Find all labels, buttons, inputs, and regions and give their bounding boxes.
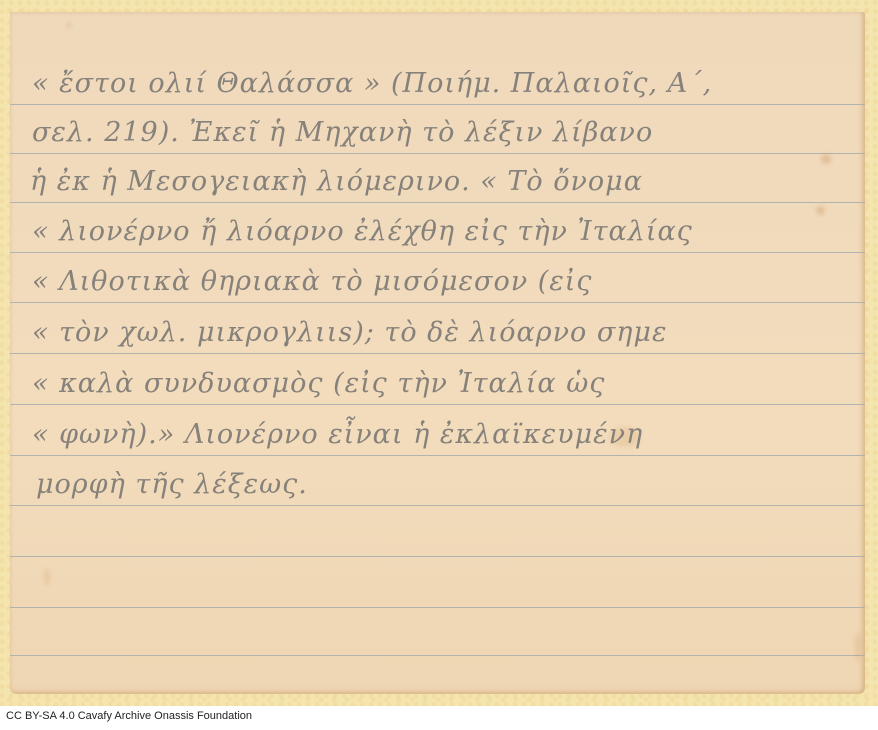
handwritten-line-9: μορφὴ τῆς λέξεως.	[36, 469, 308, 513]
foxing-stain	[816, 206, 825, 215]
ruled-line	[10, 655, 865, 656]
handwritten-line-5: « Λιθοτικὰ θηριακὰ τὸ μισόμεσον (εἰς	[32, 266, 592, 310]
handwritten-line-7: « καλὰ συνδυασμὸς (εἰς τὴν Ἰταλία ὡς	[32, 368, 605, 412]
handwritten-line-8: « φωνὴ).» Λιονέρνο εἶναι ἡ ἐκλαϊκευμένη	[32, 419, 643, 463]
foxing-stain	[821, 154, 831, 164]
index-card: « ἔστοι ολιί Θαλάσσα » (Ποιήμ. Παλαιοῖς,…	[10, 12, 865, 694]
foxing-stain	[855, 632, 861, 662]
handwritten-line-4: « λιονέρνο ἤ λιόαρνο ἐλέχθη εἰς τὴν Ἰταλ…	[32, 216, 693, 260]
foxing-stain	[67, 23, 71, 28]
handwritten-line-6: « τὸν χωλ. μικρογλιιs); τὸ δὲ λιόαρνο ση…	[32, 317, 667, 361]
handwritten-line-3: ἡ ἐκ ἡ Μεσογειακὴ λιόμερινο. « Τὸ ὄνομα	[30, 166, 643, 210]
ruled-line	[10, 607, 865, 608]
handwritten-line-2: σελ. 219). Ἐκεῖ ἡ Μηχανὴ τὸ λέξιν λίβανο	[32, 117, 653, 161]
handwritten-line-1: « ἔστοι ολιί Θαλάσσα » (Ποιήμ. Παλαιοῖς,…	[32, 68, 712, 112]
license-credit: CC BY-SA 4.0 Cavafy Archive Onassis Foun…	[6, 710, 252, 722]
foxing-stain	[44, 568, 50, 586]
scan-background: « ἔστοι ολιί Θαλάσσα » (Ποιήμ. Παλαιοῖς,…	[0, 0, 878, 706]
ruled-line	[10, 556, 865, 557]
